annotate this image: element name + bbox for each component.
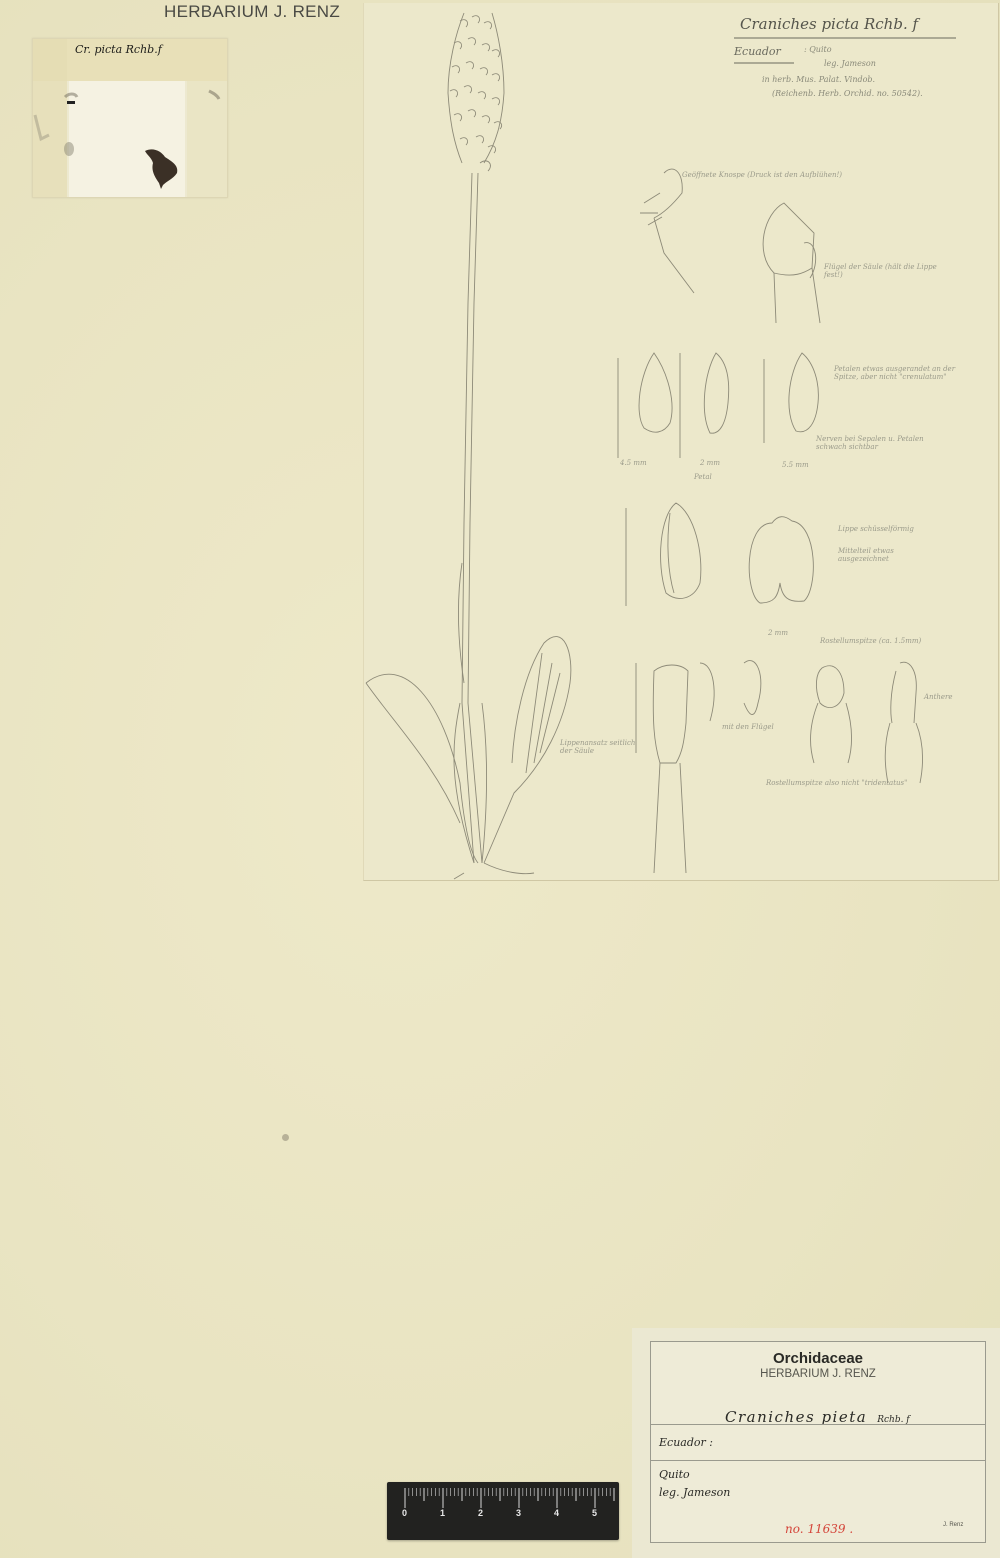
ruler-tick-label: 3 [516, 1508, 521, 1518]
label-herbarium: HERBARIUM J. RENZ [651, 1368, 985, 1380]
annotation-rostellum: Rostellumspitze also nicht "tridentatus" [766, 779, 916, 787]
ruler-tick-label: 5 [592, 1508, 597, 1518]
label-country: Ecuador : [659, 1436, 713, 1449]
dried-plant-fragment-icon [33, 39, 227, 197]
annotation-rostellum-tip: Rostellumspitze (ca. 1.5mm) [820, 637, 921, 645]
measurement: 2 mm [700, 459, 720, 467]
drawing-title: Craniches picta Rchb. f [740, 15, 918, 33]
label-catalog-number: no. 11639 . [785, 1522, 853, 1536]
ruler-tick-label: 1 [440, 1508, 445, 1518]
ruler-tick-label: 2 [478, 1508, 483, 1518]
measurement: 4.5 mm [620, 459, 647, 467]
annotation-column-base: Flügel der Säule (hält die Lippe fest!) [824, 263, 944, 279]
herbarium-stamp: HERBARIUM J. RENZ [164, 2, 340, 22]
annotation-lip: Lippe schüsselförmig [838, 525, 914, 533]
inflorescence-icon [448, 13, 504, 171]
label-divider [651, 1460, 985, 1461]
paper-spot [282, 1134, 289, 1141]
label-collector: leg. Jameson [659, 1486, 730, 1499]
annotation-lip-wings: Lippenansatz seitlich der Säule [560, 739, 640, 755]
botanical-drawing: Craniches picta Rchb. f Ecuador : Quito … [363, 3, 999, 881]
herbarium-label: Orchidaceae HERBARIUM J. RENZ Craniches … [632, 1328, 1000, 1558]
label-locality: Quito [659, 1468, 690, 1481]
herbarium-sheet: HERBARIUM J. RENZ Cr. picta Rchb.f [0, 0, 1000, 1558]
drawing-collector: leg. Jameson [824, 59, 876, 68]
ruler-tick-label: 4 [554, 1508, 559, 1518]
drawing-reichenbach-note: (Reichenb. Herb. Orchid. no. 50542). [772, 89, 923, 98]
drawing-locality: : Quito [804, 45, 832, 54]
annotation-lip-2: Mittelteil etwas ausgezeichnet [838, 547, 938, 563]
drawing-herbarium-note: in herb. Mus. Palat. Vindob. [762, 75, 875, 84]
measurement: 2 mm [768, 629, 788, 637]
annotation-petals: Petalen etwas ausgerandet an der Spitze,… [834, 365, 964, 381]
label-divider [651, 1424, 985, 1425]
ruler-tick-label: 0 [402, 1508, 407, 1518]
annotation-nerves: Nerven bei Sepalen u. Petalen schwach si… [816, 435, 956, 451]
label-family: Orchidaceae [651, 1350, 985, 1367]
measurement: 5.5 mm [782, 461, 809, 469]
label-signature: J. Renz [943, 1522, 963, 1528]
specimen-packet: Cr. picta Rchb.f [32, 38, 228, 198]
annotation-column-wing: mit den Flügel [722, 723, 774, 731]
annotation-anther: Anthere [924, 693, 953, 701]
scale-ruler: 0 1 2 3 4 5 [387, 1482, 619, 1540]
label-frame: Orchidaceae HERBARIUM J. RENZ Craniches … [650, 1341, 986, 1543]
annotation-petal: Petal [694, 473, 712, 481]
ruler-ticks-icon [387, 1482, 619, 1540]
drawing-country: Ecuador [734, 45, 781, 58]
annotation-bud: Geöffnete Knospe (Druck ist den Aufblühe… [682, 171, 842, 179]
